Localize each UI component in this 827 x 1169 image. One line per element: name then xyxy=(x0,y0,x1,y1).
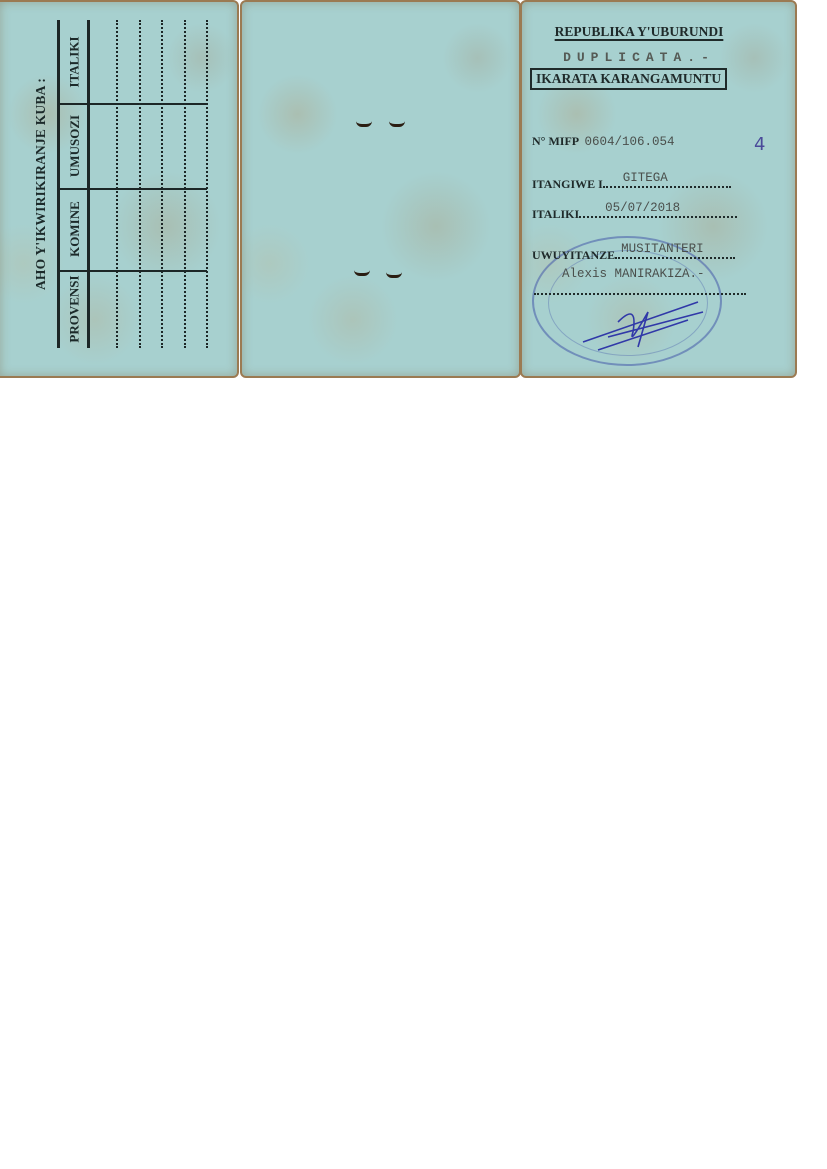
field-value: GITEGA xyxy=(623,171,668,185)
field-mifp-number: N° MIFP 0604/106.054 xyxy=(532,134,674,149)
table-border xyxy=(57,20,60,348)
right-panel-id-card-front: REPUBLIKA Y'UBURUNDI DUPLICATA.- IKARATA… xyxy=(520,0,797,378)
left-panel-residence-table: AHO Y'IKWIRIKIRANJE KUBA : PROVENSI KOMI… xyxy=(0,0,239,378)
field-date: ITALIKI05/07/2018 xyxy=(532,204,737,222)
field-label: ITANGIWE I xyxy=(532,177,603,191)
table-row xyxy=(161,20,163,348)
middle-panel-blank xyxy=(240,0,521,378)
duplicate-stamp: DUPLICATA.- xyxy=(539,50,739,65)
staple-mark xyxy=(356,121,372,127)
issuer-name: Alexis MANIRAKIZA.- xyxy=(562,266,705,281)
country-heading: REPUBLIKA Y'UBURUNDI xyxy=(539,24,739,40)
column-header-italiki: ITALIKI xyxy=(67,36,83,87)
field-value: 05/07/2018 xyxy=(605,201,680,215)
dotted-line xyxy=(534,293,746,295)
field-value: 0604/106.054 xyxy=(584,135,674,149)
field-issued-by: UWUYITANZEMUSITANTERI xyxy=(532,245,735,263)
table-row xyxy=(206,20,208,348)
field-label: UWUYITANZE xyxy=(532,248,615,262)
table-row xyxy=(139,20,141,348)
table-row xyxy=(184,20,186,348)
field-label: ITALIKI xyxy=(532,207,579,221)
staple-mark xyxy=(354,270,370,276)
column-header-umusozi: UMUSOZI xyxy=(67,114,83,176)
field-label: N° MIFP xyxy=(532,134,578,148)
column-header-provensi: PROVENSI xyxy=(67,275,83,342)
field-value: MUSITANTERI xyxy=(621,242,704,256)
residence-table: AHO Y'IKWIRIKIRANJE KUBA : PROVENSI KOMI… xyxy=(30,20,215,348)
staple-mark xyxy=(389,121,405,127)
signature-icon xyxy=(578,292,718,352)
card-title: IKARATA KARANGAMUNTU xyxy=(530,68,727,90)
residence-table-title: AHO Y'IKWIRIKIRANJE KUBA : xyxy=(33,78,49,290)
margin-mark: 4 xyxy=(754,134,765,155)
field-issued-at: ITANGIWE IGITEGA xyxy=(532,174,731,192)
table-row xyxy=(116,20,118,348)
column-header-komine: KOMINE xyxy=(67,201,83,257)
staple-mark xyxy=(386,272,402,278)
